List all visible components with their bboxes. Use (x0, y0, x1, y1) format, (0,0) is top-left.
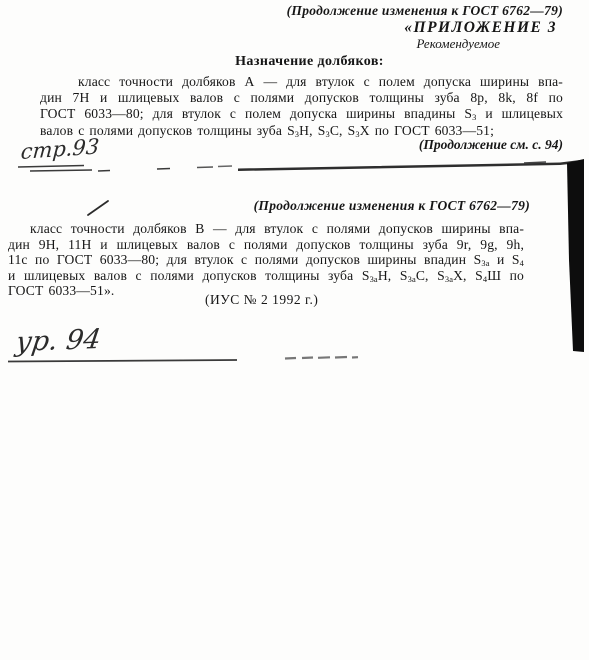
scan-edge-bar (567, 159, 584, 352)
section-heading: Назначение долбяков: (30, 54, 589, 70)
handwriting-underline-93 (18, 166, 170, 172)
paragraph-line: класс точности долбяков А — для втулок с… (40, 74, 563, 90)
handwriting-underline-94 (8, 360, 237, 362)
paragraph-line: дин 9Н, 11Н и шлицевых валов с полями до… (8, 237, 524, 253)
handwritten-page-number-93: стр.93 (20, 134, 100, 164)
dash-marks (285, 357, 358, 359)
paragraph-line: дин 7Н и шлицевых валов с полями допуско… (40, 90, 563, 106)
source-publication-note: (ИУС № 2 1992 г.) (205, 292, 318, 308)
paragraph-line: и шлицевых валов с полями допусков толщи… (8, 268, 524, 284)
scan-tear-line (197, 160, 584, 172)
appendix-heading: «ПРИЛОЖЕНИЕ 3 (404, 19, 557, 37)
handwritten-page-number-94: ур. 94 (14, 324, 103, 358)
see-page-note: (Продолжение см. с. 94) (419, 137, 563, 153)
paragraph-line: ГОСТ 6033—80; для втулок с полем допуска… (40, 106, 563, 122)
scanned-document-page: { "document": { "section1": { "continuat… (0, 0, 589, 660)
appendix-type-label: Рекомендуемое (416, 36, 500, 52)
paragraph-line: 11c по ГОСТ 6033—80; для втулок с полями… (8, 252, 524, 268)
paragraph-class-b: класс точности долбяков В — для втулок с… (8, 221, 524, 299)
paragraph-class-a: класс точности долбяков А — для втулок с… (40, 74, 563, 139)
pen-stroke-mark (88, 201, 108, 215)
paragraph-line: класс точности долбяков В — для втулок с… (8, 221, 524, 237)
amendment-continuation-header-1: (Продолжение изменения к ГОСТ 6762—79) (287, 3, 563, 19)
amendment-continuation-header-2: (Продолжение изменения к ГОСТ 6762—79) (254, 198, 530, 214)
